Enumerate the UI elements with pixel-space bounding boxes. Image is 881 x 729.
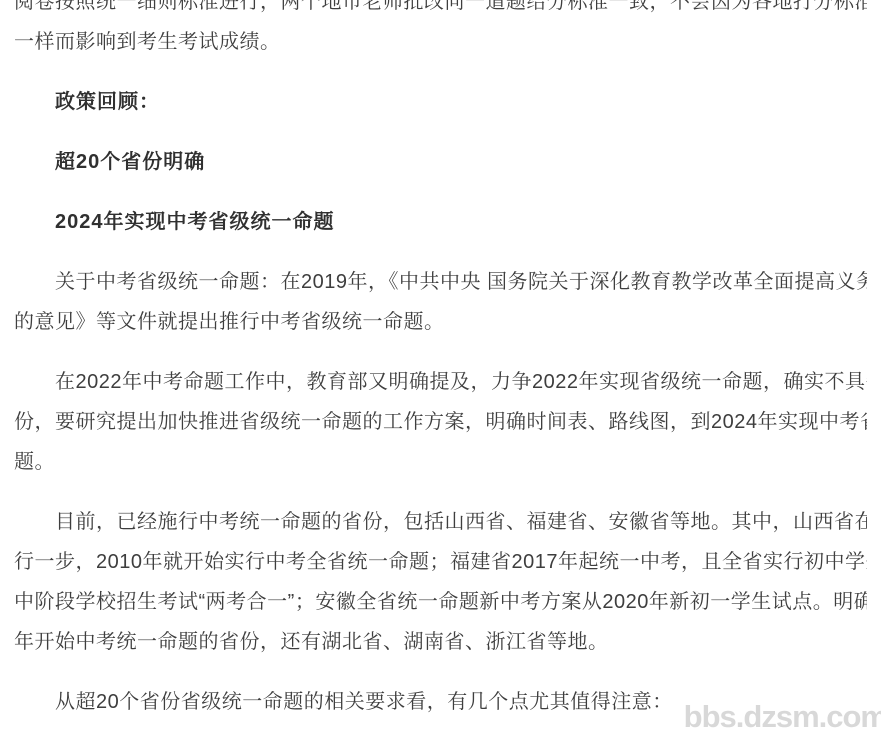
article-body: 阅卷按照统一细则标准进行，两个地市老师批改同一道题给分标准一致，不会因为各地打分…: [0, 0, 881, 722]
paragraph-line: 份，要研究提出加快推进省级统一命题的工作方案，明确时间表、路线图，到2024年实…: [14, 402, 867, 442]
paragraph-line: 在2022年中考命题工作中，教育部又明确提及，力争2022年实现省级统一命题，确…: [14, 362, 867, 402]
paragraph-line: 一样而影响到考生考试成绩。: [14, 22, 867, 62]
clipped-top-line: 阅卷按照统一细则标准进行，两个地市老师批改同一道题给分标准一致，不会因为各地打分…: [14, 0, 867, 22]
paragraph-line: 题。: [14, 442, 867, 482]
paragraph-line: 年开始中考统一命题的省份，还有湖北省、湖南省、浙江省等地。: [14, 622, 867, 662]
paragraph-line: 行一步，2010年就开始实行中考全省统一命题；福建省2017年起统一中考，且全省…: [14, 542, 867, 582]
site-watermark: bbs.dzsm.com: [684, 699, 881, 729]
paragraph-line: 中阶段学校招生考试“两考合一”；安徽全省统一命题新中考方案从2020年新初一学生…: [14, 582, 867, 622]
heading-provinces-count: 超20个省份明确: [14, 142, 867, 182]
paragraph-line: 关于中考省级统一命题：在2019年，《中共中央 国务院关于深化教育教学改革全面提…: [14, 262, 867, 302]
heading-2024-goal: 2024年实现中考省级统一命题: [14, 202, 867, 242]
paragraph-line: 目前，已经施行中考统一命题的省份，包括山西省、福建省、安徽省等地。其中，山西省在…: [14, 502, 867, 542]
paragraph-line: 的意见》等文件就提出推行中考省级统一命题。: [14, 302, 867, 342]
heading-policy-review: 政策回顾：: [14, 82, 867, 122]
